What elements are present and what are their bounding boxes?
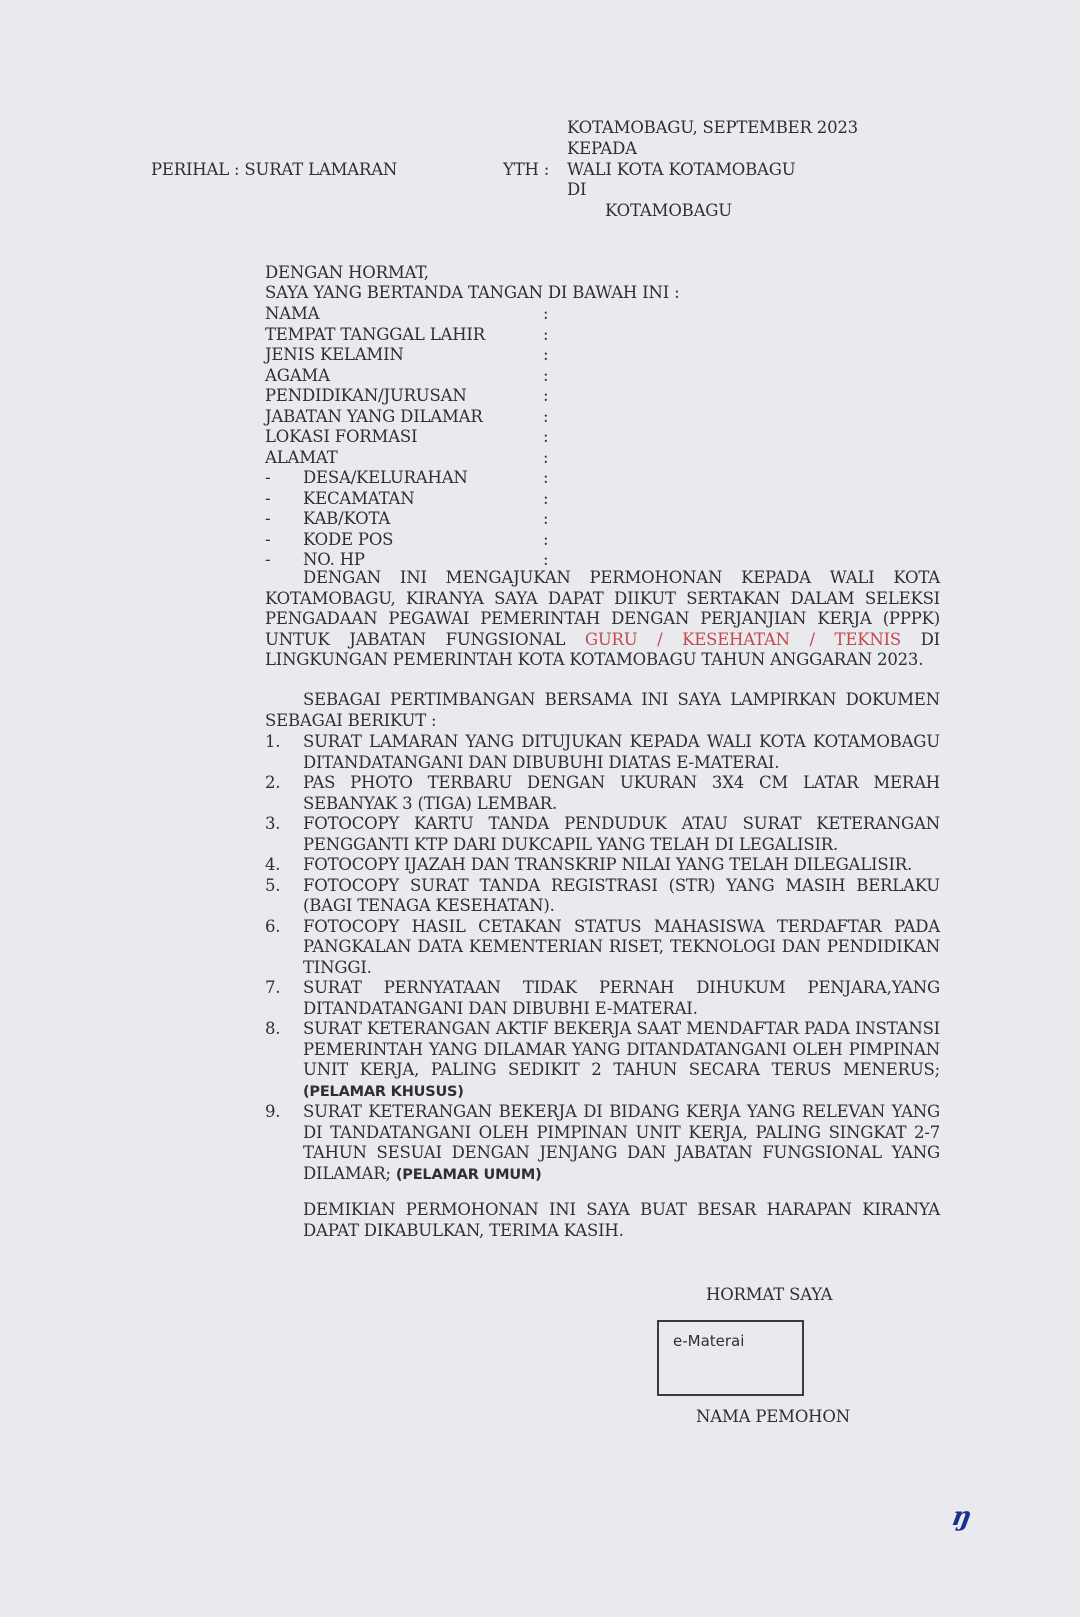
field-label: ALAMAT — [265, 448, 338, 467]
field-colon: : — [543, 325, 548, 344]
item-number: 1. — [265, 732, 280, 753]
field-label: AGAMA — [265, 366, 330, 385]
field-colon: : — [543, 366, 548, 385]
field-row: -DESA/KELURAHAN: — [265, 468, 565, 489]
item-number: 6. — [265, 917, 280, 938]
field-row: -KECAMATAN: — [265, 489, 565, 510]
field-colon: : — [543, 489, 548, 508]
item-text: FOTOCOPY IJAZAH DAN TRANSKRIP NILAI YANG… — [303, 855, 912, 874]
item-text: FOTOCOPY KARTU TANDA PENDUDUK ATAU SURAT… — [303, 814, 940, 854]
intro-line: SAYA YANG BERTANDA TANGAN DI BAWAH INI : — [265, 283, 679, 302]
attachment-item: 4.FOTOCOPY IJAZAH DAN TRANSKRIP NILAI YA… — [265, 855, 940, 876]
applicant-category: (PELAMAR KHUSUS) — [303, 1084, 464, 1100]
attachment-item: 2.PAS PHOTO TERBARU DENGAN UKURAN 3X4 CM… — [265, 773, 940, 814]
place-date: KOTAMOBAGU, SEPTEMBER 2023 — [567, 118, 858, 137]
item-number: 2. — [265, 773, 280, 794]
field-row: -KODE POS: — [265, 530, 565, 551]
item-number: 9. — [265, 1102, 280, 1123]
recipient-city: KOTAMOBAGU — [605, 201, 732, 220]
field-label: KECAMATAN — [303, 489, 414, 508]
item-text: FOTOCOPY HASIL CETAKAN STATUS MAHASISWA … — [303, 917, 940, 977]
item-number: 5. — [265, 876, 280, 897]
field-row: JENIS KELAMIN: — [265, 345, 565, 366]
field-row: NAMA: — [265, 304, 565, 325]
field-row: TEMPAT TANGGAL LAHIR: — [265, 325, 565, 346]
di-label: DI — [567, 180, 586, 199]
field-label: NAMA — [265, 304, 319, 323]
perihal-subject: PERIHAL : SURAT LAMARAN — [151, 160, 397, 179]
field-row: ALAMAT: — [265, 448, 565, 469]
field-label: DESA/KELURAHAN — [303, 468, 468, 487]
field-colon: : — [543, 530, 548, 549]
field-row: LOKASI FORMASI: — [265, 427, 565, 448]
item-text: PAS PHOTO TERBARU DENGAN UKURAN 3X4 CM L… — [303, 773, 940, 813]
attachment-item: 9.SURAT KETERANGAN BEKERJA DI BIDANG KER… — [265, 1102, 940, 1185]
attachment-item: 8.SURAT KETERANGAN AKTIF BEKERJA SAAT ME… — [265, 1019, 940, 1102]
field-colon: : — [543, 509, 548, 528]
e-materai-box: e-Materai — [657, 1320, 804, 1396]
attachments-list: 1.SURAT LAMARAN YANG DITUJUKAN KEPADA WA… — [265, 732, 940, 1185]
position-highlight: GURU / KESEHATAN / TEKNIS — [585, 630, 901, 649]
item-number: 4. — [265, 855, 280, 876]
attachment-item: 1.SURAT LAMARAN YANG DITUJUKAN KEPADA WA… — [265, 732, 940, 773]
field-colon: : — [543, 386, 548, 405]
document-page: KOTAMOBAGU, SEPTEMBER 2023 KEPADA PERIHA… — [0, 0, 1080, 1617]
closing-paragraph: DEMIKIAN PERMOHONAN INI SAYA BUAT BESAR … — [303, 1200, 940, 1241]
greeting: DENGAN HORMAT, — [265, 263, 429, 282]
field-row: AGAMA: — [265, 366, 565, 387]
field-label: JENIS KELAMIN — [265, 345, 404, 364]
field-label: NO. HP — [303, 550, 365, 569]
attachment-item: 6.FOTOCOPY HASIL CETAKAN STATUS MAHASISW… — [265, 917, 940, 979]
field-row: PENDIDIKAN/JURUSAN: — [265, 386, 565, 407]
item-number: 7. — [265, 978, 280, 999]
item-text: SURAT KETERANGAN AKTIF BEKERJA SAAT MEND… — [303, 1019, 940, 1079]
attachments-intro: SEBAGAI PERTIMBANGAN BERSAMA INI SAYA LA… — [265, 690, 940, 731]
yth-label: YTH : — [503, 160, 549, 179]
field-colon: : — [543, 448, 548, 467]
attachment-item: 7.SURAT PERNYATAAN TIDAK PERNAH DIHUKUM … — [265, 978, 940, 1019]
attachment-item: 3.FOTOCOPY KARTU TANDA PENDUDUK ATAU SUR… — [265, 814, 940, 855]
item-text: SURAT LAMARAN YANG DITUJUKAN KEPADA WALI… — [303, 732, 940, 772]
field-row: -KAB/KOTA: — [265, 509, 565, 530]
application-paragraph: DENGAN INI MENGAJUKAN PERMOHONAN KEPADA … — [265, 568, 940, 671]
attachments-intro-text: SEBAGAI PERTIMBANGAN BERSAMA INI SAYA LA… — [265, 690, 940, 730]
field-label: JABATAN YANG DILAMAR — [265, 407, 483, 426]
field-colon: : — [543, 468, 548, 487]
field-label: KODE POS — [303, 530, 393, 549]
item-number: 3. — [265, 814, 280, 835]
bullet-dash: - — [265, 550, 270, 569]
kepada-label: KEPADA — [567, 139, 637, 158]
item-text: SURAT PERNYATAAN TIDAK PERNAH DIHUKUM PE… — [303, 978, 940, 1018]
bullet-dash: - — [265, 468, 270, 487]
recipient: WALI KOTA KOTAMOBAGU — [567, 160, 795, 179]
item-number: 8. — [265, 1019, 280, 1040]
field-colon: : — [543, 345, 548, 364]
field-label: LOKASI FORMASI — [265, 427, 417, 446]
field-colon: : — [543, 304, 548, 323]
field-colon: : — [543, 407, 548, 426]
field-label: KAB/KOTA — [303, 509, 390, 528]
field-label: PENDIDIKAN/JURUSAN — [265, 386, 467, 405]
field-label: TEMPAT TANGGAL LAHIR — [265, 325, 485, 344]
field-row: JABATAN YANG DILAMAR: — [265, 407, 565, 428]
e-materai-label: e-Materai — [673, 1332, 744, 1350]
initial-mark-icon: ŋ — [949, 1502, 973, 1532]
field-colon: : — [543, 427, 548, 446]
applicant-name-placeholder: NAMA PEMOHON — [696, 1407, 850, 1426]
field-colon: : — [543, 550, 548, 569]
bullet-dash: - — [265, 509, 270, 528]
applicant-category: (PELAMAR UMUM) — [396, 1167, 542, 1183]
bullet-dash: - — [265, 489, 270, 508]
bullet-dash: - — [265, 530, 270, 549]
item-text: FOTOCOPY SURAT TANDA REGISTRASI (STR) YA… — [303, 876, 940, 916]
attachment-item: 5.FOTOCOPY SURAT TANDA REGISTRASI (STR) … — [265, 876, 940, 917]
hormat-saya: HORMAT SAYA — [706, 1285, 832, 1304]
